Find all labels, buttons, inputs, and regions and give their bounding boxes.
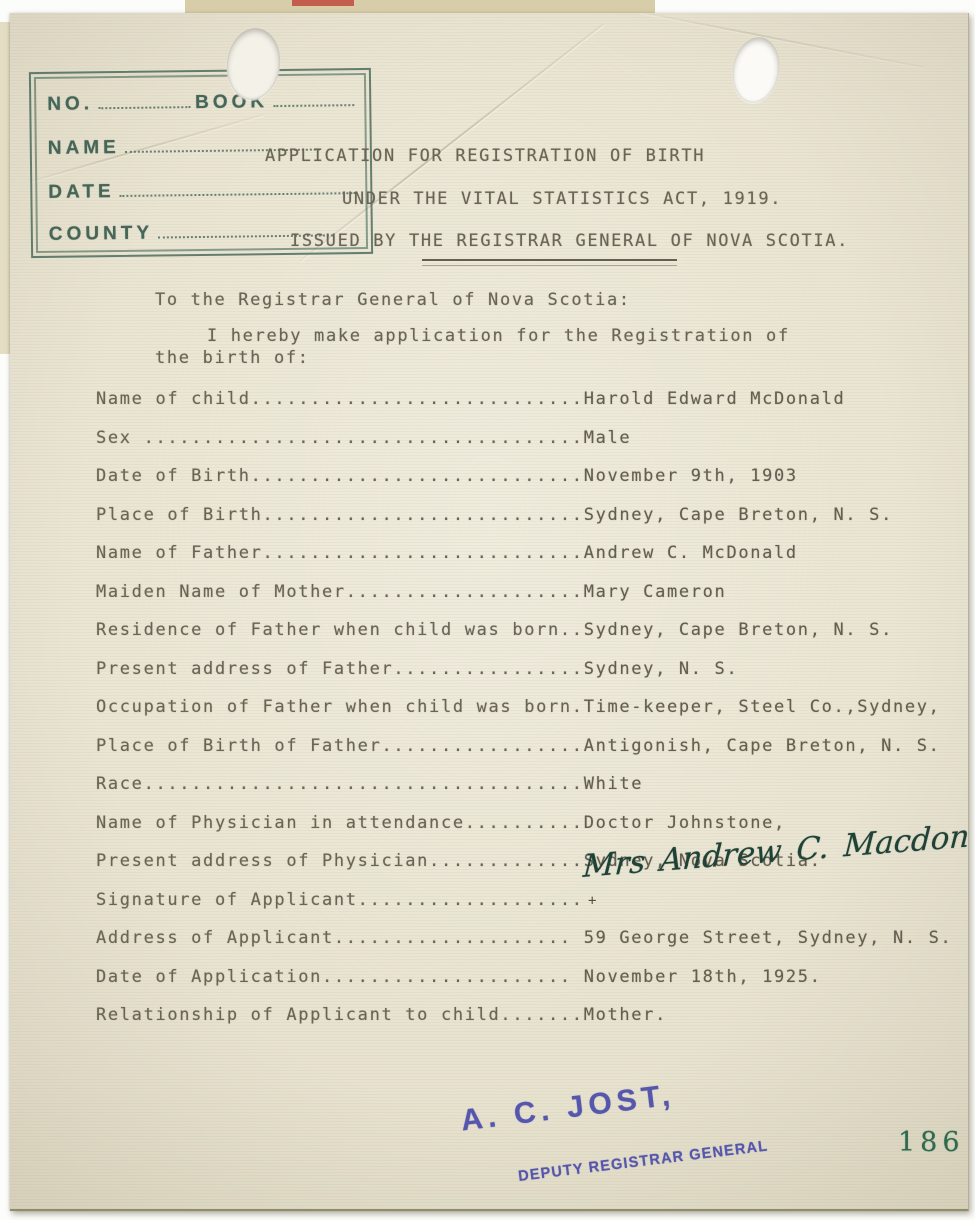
intro-line-2: the birth of: [155, 348, 310, 368]
document-page: NO. BOOK NAME DATE COUNTY APPLICATION FO… [10, 13, 969, 1211]
field-label: Maiden Name of Mother...................… [96, 582, 584, 602]
no-label: NO. [47, 93, 93, 116]
form-row-present-address-of-father: Present address of Father...............… [96, 650, 952, 689]
paper-crease [640, 13, 925, 68]
field-label: Name of child...........................… [96, 389, 584, 409]
form-row-sex: Sex ....................................… [96, 419, 952, 458]
field-value: White [584, 774, 643, 794]
field-label: Present address of Physician............… [96, 851, 584, 871]
stamp-name: A. C. JOST, [459, 1069, 770, 1136]
field-label: Relationship of Applicant to child......… [96, 1005, 584, 1025]
form-row-race: Race....................................… [96, 765, 952, 804]
field-value: Harold Edward McDonald [584, 389, 846, 409]
field-value: Andrew C. McDonald [584, 543, 798, 563]
field-label: Place of Birth of Father................… [96, 736, 584, 756]
field-label: Name of Father..........................… [96, 543, 584, 563]
form-row-name-of-child: Name of child...........................… [96, 380, 952, 419]
field-label: Present address of Father...............… [96, 659, 584, 679]
form-row-date-of-birth: Date of Birth...........................… [96, 457, 952, 496]
field-label: Race....................................… [96, 774, 584, 794]
field-label: Signature of Applicant..................… [96, 890, 584, 910]
field-value: Male [584, 428, 632, 448]
punch-hole-right [728, 34, 785, 107]
field-value: Doctor Johnstone, [584, 813, 786, 833]
document-subtitle-issuer: ISSUED BY THE REGISTRAR GENERAL OF NOVA … [290, 231, 849, 251]
field-label: Occupation of Father when child was born… [96, 697, 584, 717]
form-row-date-of-application: Date of Application.....................… [96, 958, 952, 997]
form-fields: Name of child...........................… [96, 380, 952, 1035]
deputy-registrar-stamp: A. C. JOST, DEPUTY REGISTRAR GENERAL [455, 1033, 781, 1211]
field-label: Sex ....................................… [96, 428, 584, 448]
field-label: Name of Physician in attendance.........… [96, 813, 584, 833]
field-label: Address of Applicant.................... [96, 928, 584, 948]
dotted-leader [120, 192, 356, 197]
field-value: Mary Cameron [584, 582, 727, 602]
red-edge-mark [292, 0, 354, 6]
salutation: To the Registrar General of Nova Scotia: [155, 290, 631, 310]
signature-cross-mark: + [588, 893, 596, 909]
form-row-occupation-of-father: Occupation of Father when child was born… [96, 688, 952, 727]
field-label: Date of Birth...........................… [96, 466, 584, 486]
form-row-signature-of-applicant: Signature of Applicant..................… [96, 881, 952, 920]
field-value: Mother. [584, 1005, 667, 1025]
form-row-address-of-applicant: Address of Applicant....................… [96, 919, 952, 958]
dotted-leader [273, 104, 354, 107]
form-row-relationship-to-child: Relationship of Applicant to child......… [96, 996, 952, 1035]
field-value: Sydney, Cape Breton, N. S. [584, 505, 893, 525]
field-value: 59 George Street, Sydney, N. S. [584, 928, 953, 948]
corner-box-row-no-book: NO. BOOK [47, 90, 359, 116]
field-label: Place of Birth..........................… [96, 505, 584, 525]
county-label: COUNTY [49, 223, 153, 246]
field-value: Sydney, Cape Breton, N. S. [584, 620, 893, 640]
field-value: November 9th, 1903 [584, 466, 798, 486]
document-subtitle-act: UNDER THE VITAL STATISTICS ACT, 1919. [342, 189, 782, 209]
stamp-title: DEPUTY REGISTRAR GENERAL [517, 1137, 769, 1185]
field-label: Residence of Father when child was born.… [96, 620, 584, 640]
intro-line-1: I hereby make application for the Regist… [207, 326, 790, 346]
dotted-leader [98, 106, 190, 109]
form-row-name-of-father: Name of Father..........................… [96, 534, 952, 573]
field-value: Time-keeper, Steel Co.,Sydney, [584, 697, 941, 717]
form-row-maiden-name-of-mother: Maiden Name of Mother...................… [96, 573, 952, 612]
field-value: November 18th, 1925. [584, 967, 822, 987]
date-label: DATE [48, 181, 115, 204]
field-label: Date of Application..................... [96, 967, 584, 987]
field-value: Antigonish, Cape Breton, N. S. [584, 736, 941, 756]
heading-underline [422, 259, 677, 266]
form-row-place-of-birth-of-father: Place of Birth of Father................… [96, 727, 952, 766]
document-title: APPLICATION FOR REGISTRATION OF BIRTH [265, 146, 705, 166]
name-label: NAME [48, 137, 120, 160]
form-row-place-of-birth: Place of Birth..........................… [96, 496, 952, 535]
corner-box-row-date: DATE [48, 178, 360, 204]
field-value: Sydney, N. S. [584, 659, 739, 679]
page-number: 186 [898, 1127, 965, 1158]
form-row-residence-of-father: Residence of Father when child was born.… [96, 611, 952, 650]
